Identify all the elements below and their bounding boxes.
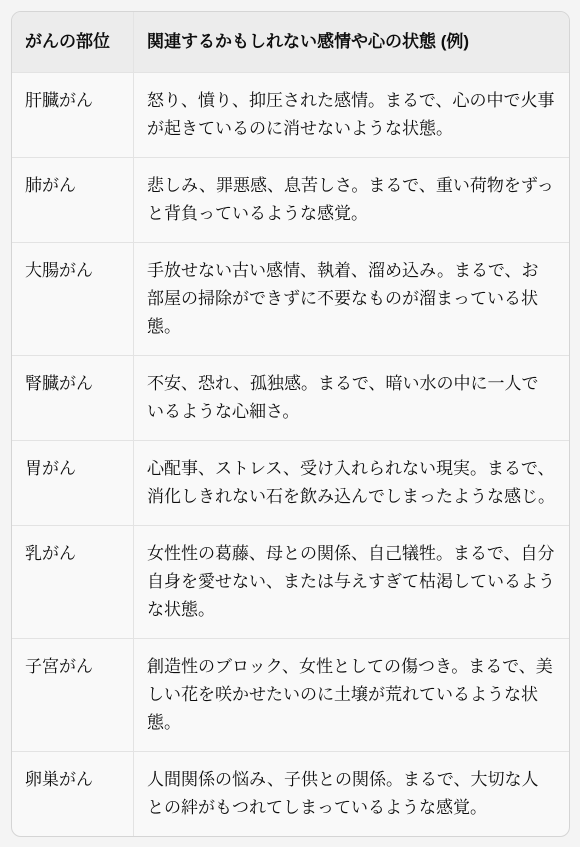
- cell-emotion: 女性性の葛藤、母との関係、自己犠牲。まるで、自分自身を愛せない、または与えすぎて…: [134, 525, 569, 638]
- cell-part: 子宮がん: [12, 638, 134, 751]
- cell-part: 肝臓がん: [12, 72, 134, 157]
- cell-emotion: 創造性のブロック、女性としての傷つき。まるで、美しい花を咲かせたいのに土壌が荒れ…: [134, 638, 569, 751]
- cell-emotion: 怒り、憤り、抑圧された感情。まるで、心の中で火事が起きているのに消せないような状…: [134, 72, 569, 157]
- cell-emotion: 心配事、ストレス、受け入れられない現実。まるで、消化しきれない石を飲み込んでしま…: [134, 440, 569, 525]
- cell-emotion: 悲しみ、罪悪感、息苦しさ。まるで、重い荷物をずっと背負っているような感覚。: [134, 157, 569, 242]
- column-header-emotion: 関連するかもしれない感情や心の状態 (例): [134, 12, 569, 72]
- cell-part: 肺がん: [12, 157, 134, 242]
- cell-emotion: 人間関係の悩み、子供との関係。まるで、大切な人との絆がもつれてしまっているような…: [134, 751, 569, 836]
- table-container: がんの部位 関連するかもしれない感情や心の状態 (例) 肝臓がん 怒り、憤り、抑…: [0, 0, 580, 847]
- cell-part: 大腸がん: [12, 242, 134, 355]
- table-row: 大腸がん 手放せない古い感情、執着、溜め込み。まるで、お部屋の掃除ができずに不要…: [12, 242, 569, 355]
- cell-part: 卵巣がん: [12, 751, 134, 836]
- table-row: 胃がん 心配事、ストレス、受け入れられない現実。まるで、消化しきれない石を飲み込…: [12, 440, 569, 525]
- table-row: 肝臓がん 怒り、憤り、抑圧された感情。まるで、心の中で火事が起きているのに消せな…: [12, 72, 569, 157]
- table-row: 乳がん 女性性の葛藤、母との関係、自己犠牲。まるで、自分自身を愛せない、または与…: [12, 525, 569, 638]
- table-row: 肺がん 悲しみ、罪悪感、息苦しさ。まるで、重い荷物をずっと背負っているような感覚…: [12, 157, 569, 242]
- table-row: 子宮がん 創造性のブロック、女性としての傷つき。まるで、美しい花を咲かせたいのに…: [12, 638, 569, 751]
- cell-emotion: 手放せない古い感情、執着、溜め込み。まるで、お部屋の掃除ができずに不要なものが溜…: [134, 242, 569, 355]
- table-row: 腎臓がん 不安、恐れ、孤独感。まるで、暗い水の中に一人でいるような心細さ。: [12, 355, 569, 440]
- table-header-row: がんの部位 関連するかもしれない感情や心の状態 (例): [12, 12, 569, 72]
- cell-emotion: 不安、恐れ、孤独感。まるで、暗い水の中に一人でいるような心細さ。: [134, 355, 569, 440]
- cell-part: 胃がん: [12, 440, 134, 525]
- cell-part: 腎臓がん: [12, 355, 134, 440]
- table-row: 卵巣がん 人間関係の悩み、子供との関係。まるで、大切な人との絆がもつれてしまって…: [12, 751, 569, 836]
- cancer-emotion-table: がんの部位 関連するかもしれない感情や心の状態 (例) 肝臓がん 怒り、憤り、抑…: [11, 11, 570, 837]
- column-header-part: がんの部位: [12, 12, 134, 72]
- cell-part: 乳がん: [12, 525, 134, 638]
